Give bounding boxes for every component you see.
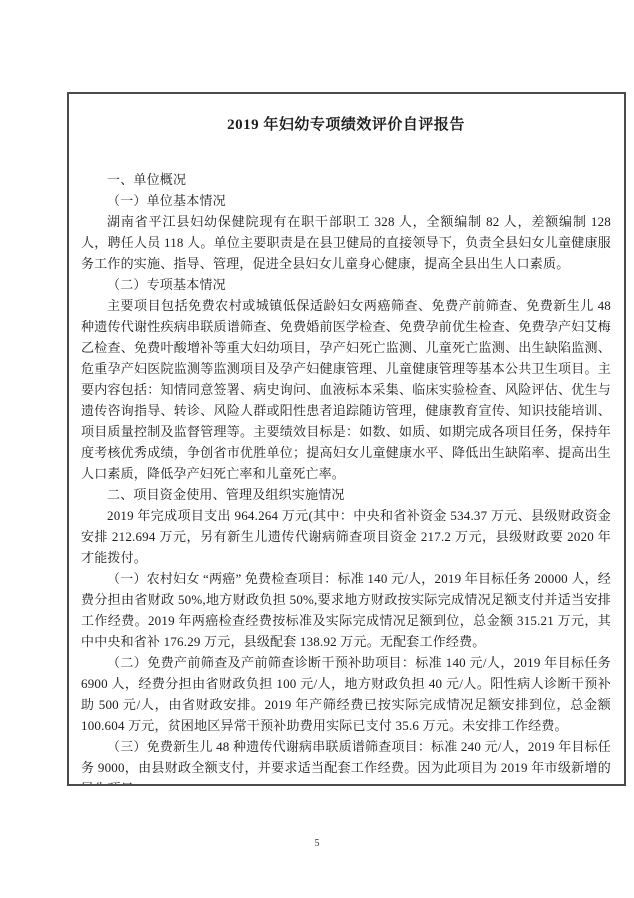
document-border-box: 2019 年妇幼专项绩效评价自评报告 一、单位概况 （一）单位基本情况 湖南省平… [67, 92, 626, 786]
paragraph-project-2-prenatal-screening: （二）免费产前筛查及产前筛查诊断干预补助项目：标准 140 元/人，2019 年… [81, 652, 611, 736]
section-heading-funds-usage: 二、项目资金使用、管理及组织实施情况 [81, 484, 611, 505]
subsection-heading-unit-basic-info: （一）单位基本情况 [81, 190, 611, 211]
document-title: 2019 年妇幼专项绩效评价自评报告 [81, 114, 611, 136]
section-heading-unit-overview: 一、单位概况 [81, 169, 611, 190]
paragraph-project-1-cancer-screening: （一）农村妇女 “两癌” 免费检查项目：标准 140 元/人，2019 年目标任… [81, 568, 611, 652]
page-number: 5 [0, 838, 634, 849]
paragraph-project-basic-info: 主要项目包括免费农村或城镇低保适龄妇女两癌筛查、免费产前筛查、免费新生儿 48 … [81, 295, 611, 484]
paragraph-funds-summary: 2019 年完成项目支出 964.264 万元(其中：中央和省补资金 534.3… [81, 505, 611, 568]
document-body: 一、单位概况 （一）单位基本情况 湖南省平江县妇幼保健院现有在职干部职工 328… [81, 169, 611, 786]
paragraph-unit-basic-info: 湖南省平江县妇幼保健院现有在职干部职工 328 人，全额编制 82 人，差额编制… [81, 211, 611, 274]
paragraph-project-3-newborn-screening: （三）免费新生儿 48 种遗传代谢病串联质谱筛查项目：标准 240 元/人，20… [81, 736, 611, 786]
document-page: { "document": { "title": "2019 年妇幼专项绩效评价… [0, 0, 634, 898]
subsection-heading-project-basic-info: （二）专项基本情况 [81, 274, 611, 295]
